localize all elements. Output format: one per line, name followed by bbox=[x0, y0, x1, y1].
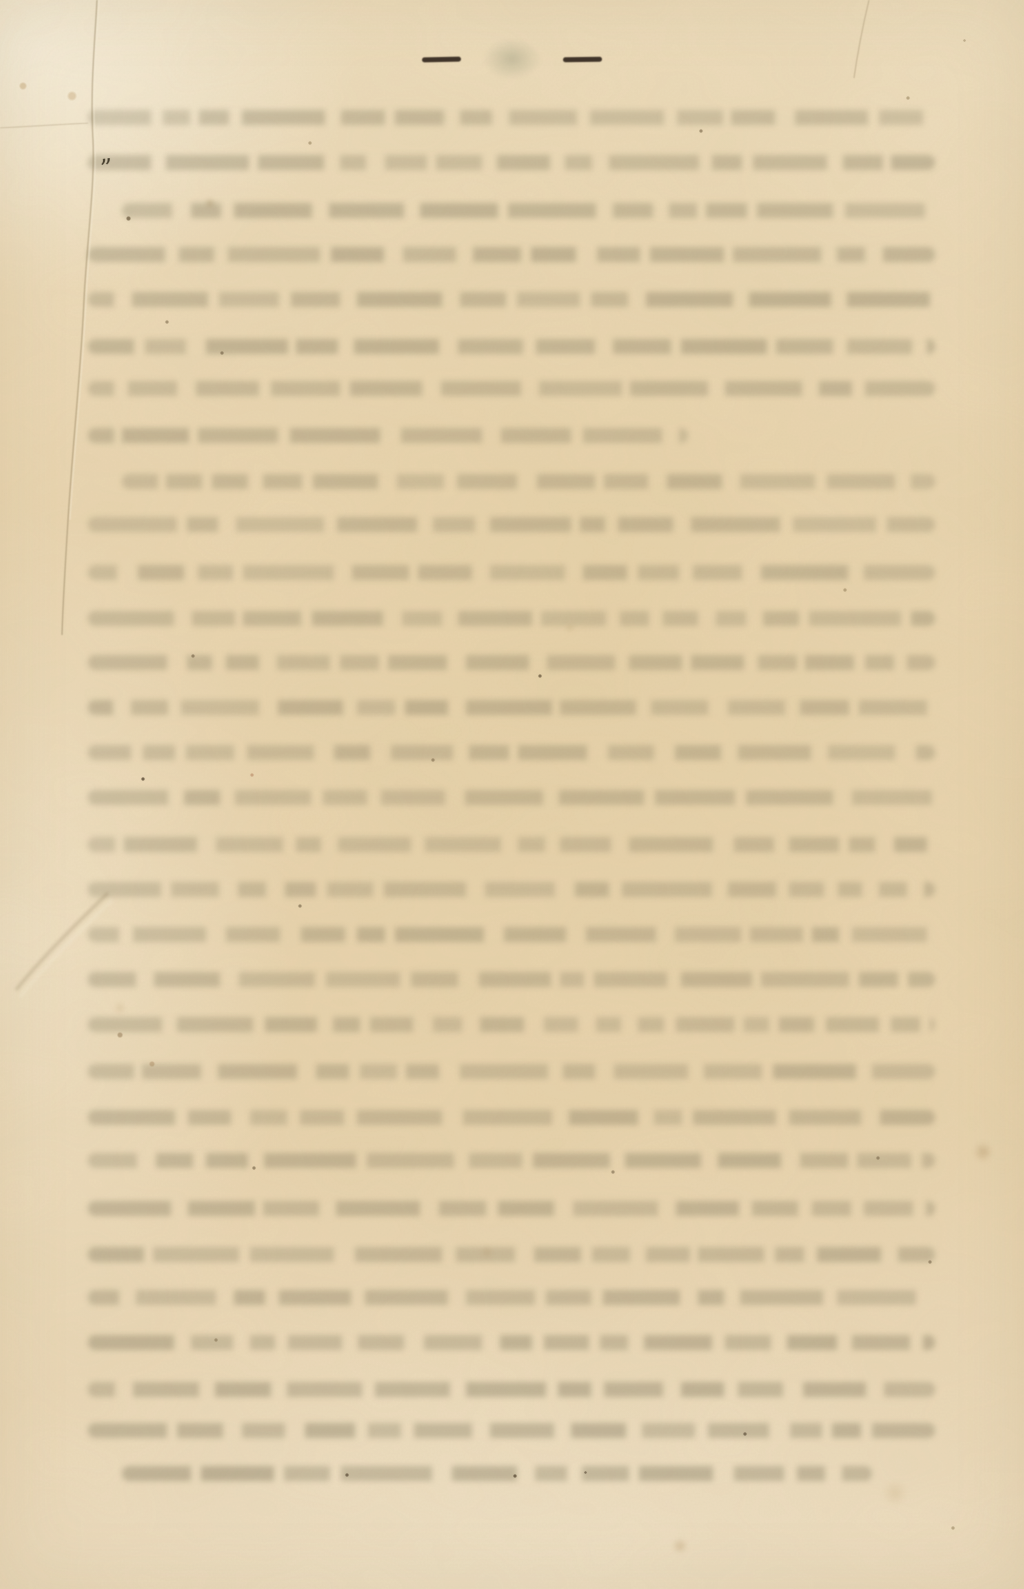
foxing-speck bbox=[345, 1473, 349, 1477]
foxing-speck bbox=[149, 1061, 155, 1067]
foxing-speck bbox=[963, 39, 966, 42]
paper-stain bbox=[672, 1538, 688, 1554]
foxing-speck bbox=[584, 1471, 587, 1474]
paper-stain bbox=[973, 1142, 993, 1162]
foxing-speck bbox=[906, 96, 909, 99]
foxing-speck bbox=[117, 1032, 122, 1037]
foxing-speck bbox=[951, 1526, 954, 1529]
foxing-speck bbox=[538, 674, 543, 679]
foxing-speck bbox=[141, 777, 146, 782]
foxing-speck bbox=[743, 1432, 746, 1435]
paper-stain bbox=[882, 1480, 908, 1506]
stain-layer bbox=[0, 0, 1024, 1589]
foxing-speck bbox=[250, 773, 255, 778]
scanned-page: — — „ bbox=[0, 0, 1024, 1589]
foxing-speck bbox=[298, 904, 302, 908]
foxing-speck bbox=[699, 129, 703, 133]
foxing-speck bbox=[513, 1474, 517, 1478]
foxing-speck bbox=[843, 588, 847, 592]
foxing-speck bbox=[67, 91, 77, 101]
foxing-speck bbox=[191, 654, 195, 658]
paper-stain bbox=[114, 1002, 126, 1014]
paper-stain bbox=[205, 198, 215, 208]
foxing-speck bbox=[611, 1170, 614, 1173]
foxing-speck bbox=[928, 1260, 932, 1264]
foxing-speck bbox=[214, 1338, 217, 1341]
foxing-speck bbox=[876, 1156, 880, 1160]
foxing-speck bbox=[431, 758, 435, 762]
foxing-speck bbox=[126, 216, 131, 221]
foxing-speck bbox=[252, 1166, 256, 1170]
foxing-speck bbox=[308, 141, 311, 144]
paper-stain bbox=[481, 1246, 493, 1258]
paper-stain bbox=[565, 623, 575, 633]
foxing-speck bbox=[19, 82, 27, 90]
foxing-speck bbox=[220, 351, 223, 354]
foxing-speck bbox=[165, 320, 169, 324]
